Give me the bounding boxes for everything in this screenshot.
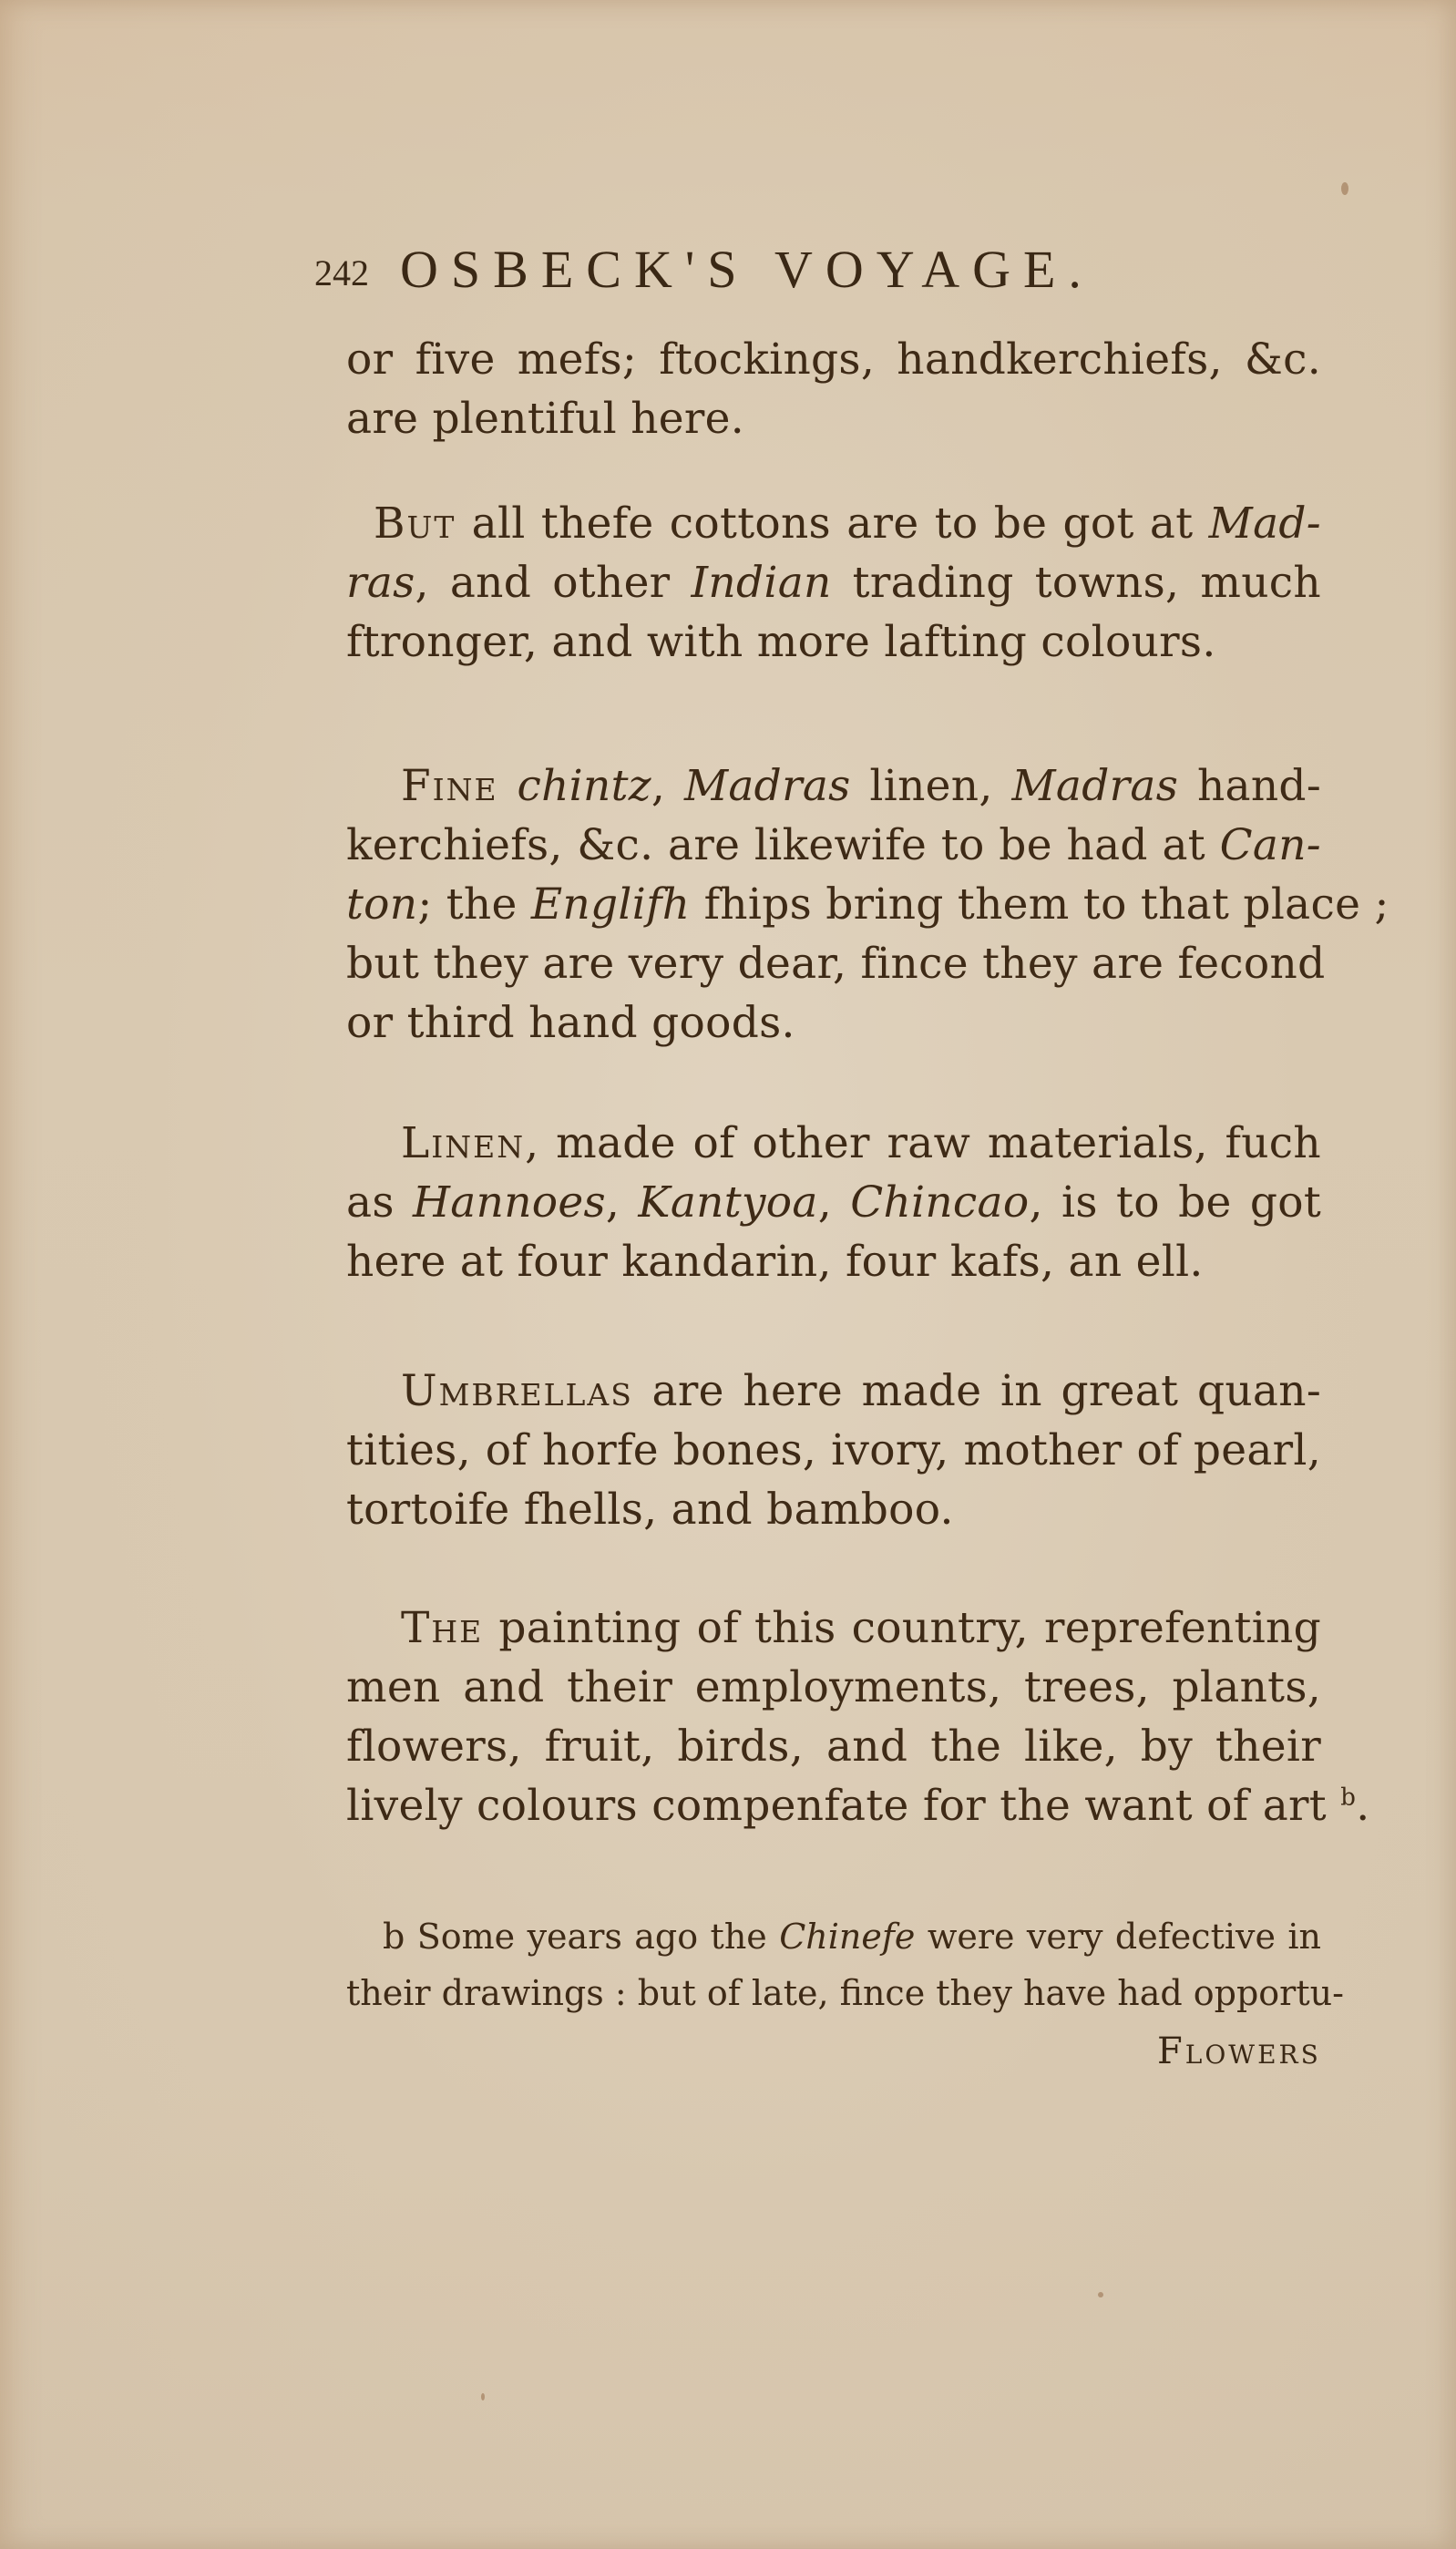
italic-word: Hannoes xyxy=(413,1177,606,1228)
italic-word: Chincao xyxy=(850,1177,1029,1228)
text-line: Linen, made of other raw materials, fuch xyxy=(346,1114,1321,1173)
text-span: , xyxy=(651,761,684,811)
text-line: as Hannoes, Kantyoa, Chincao, is to be g… xyxy=(346,1173,1321,1232)
text-span: fhips bring them to that place ; xyxy=(690,879,1389,930)
text-span: kerchiefs, &c. are likewife to be had at xyxy=(346,820,1220,870)
text-span: ; the xyxy=(417,879,531,930)
italic-word: Kantyoa xyxy=(638,1177,817,1228)
text-span: , made of other raw materials, fuch xyxy=(525,1118,1321,1168)
text-line: b Some years ago the Chinefe were very d… xyxy=(346,1908,1321,1965)
lead-word: The xyxy=(401,1603,483,1653)
text-line: The painting of this country, reprefenti… xyxy=(346,1598,1321,1658)
italic-place-name: Mad- xyxy=(1209,498,1321,549)
text-span: as xyxy=(346,1177,413,1228)
text-span: were very defective in xyxy=(915,1917,1321,1957)
text-line: their drawings : but of late, fince they… xyxy=(346,1965,1321,2021)
text-span: linen, xyxy=(851,761,1012,811)
text-line: men and their employments, trees, plants… xyxy=(346,1658,1321,1717)
italic-word: chintz xyxy=(498,761,651,811)
italic-word: Indian xyxy=(692,558,832,608)
text-span: Some years ago the xyxy=(405,1917,779,1957)
lead-word: Umbrellas xyxy=(401,1366,633,1416)
paragraph-continuation: or five mefs; ftockings, handkerchiefs, … xyxy=(346,330,1321,448)
paper-speck xyxy=(1341,182,1348,195)
page-number: 242 xyxy=(314,252,369,293)
text-span: , xyxy=(606,1177,639,1228)
text-line: flowers, fruit, birds, and the like, by … xyxy=(346,1717,1321,1776)
text-span: all thefe cottons are to be got at xyxy=(456,498,1208,549)
italic-place-name: ton xyxy=(346,879,417,930)
lead-word: Linen xyxy=(401,1118,525,1168)
text-line: ras, and other Indian trading towns, muc… xyxy=(346,553,1321,612)
text-line: But all thefe cottons are to be got at M… xyxy=(346,494,1321,553)
italic-place-name: Can- xyxy=(1220,820,1321,870)
text-span: lively colours compenfate for the want o… xyxy=(346,1781,1327,1831)
footnote-marker: b xyxy=(383,1917,405,1957)
text-span: . xyxy=(1356,1781,1369,1831)
lead-word: Fine xyxy=(401,761,498,811)
running-head: OSBECK'S VOYAGE. xyxy=(400,240,1094,299)
text-span: hand- xyxy=(1178,761,1321,811)
footnote-reference: b xyxy=(1340,1783,1356,1811)
text-line: tortoife fhells, and bamboo. xyxy=(346,1480,1321,1539)
italic-place-name: Madras xyxy=(684,761,851,811)
italic-place-name: Madras xyxy=(1011,761,1178,811)
text-line: are plentiful here. xyxy=(346,389,1321,448)
paper-speck xyxy=(1098,2292,1103,2297)
text-line: ton; the Englifh fhips bring them to tha… xyxy=(346,875,1321,934)
catchword: Flowers xyxy=(1157,2030,1321,2072)
text-line: ftronger, and with more lafting colours. xyxy=(346,612,1321,672)
text-line: kerchiefs, &c. are likewife to be had at… xyxy=(346,816,1321,875)
text-span: trading towns, much xyxy=(832,558,1321,608)
paragraph-cottons: But all thefe cottons are to be got at M… xyxy=(346,494,1321,672)
text-line: tities, of horfe bones, ivory, mother of… xyxy=(346,1421,1321,1480)
text-span: painting of this country, reprefenting xyxy=(483,1603,1321,1653)
text-line: or third hand goods. xyxy=(346,993,1321,1053)
paragraph-linen: Linen, made of other raw materials, fuch… xyxy=(346,1114,1321,1291)
text-line: Fine chintz, Madras linen, Madras hand- xyxy=(346,756,1321,816)
text-line: but they are very dear, fince they are f… xyxy=(346,934,1321,993)
text-span: are here made in great quan- xyxy=(633,1366,1321,1416)
page-header: 242 OSBECK'S VOYAGE. xyxy=(314,239,1094,300)
paper-speck xyxy=(481,2393,485,2400)
italic-word: Chinefe xyxy=(779,1917,915,1957)
italic-word: Englifh xyxy=(531,879,691,930)
lead-word: But xyxy=(374,498,456,549)
text-line: lively colours compenfate for the want o… xyxy=(346,1776,1321,1835)
paragraph-chintz: Fine chintz, Madras linen, Madras hand- … xyxy=(346,756,1321,1053)
text-span: , is to be got xyxy=(1029,1177,1321,1228)
text-line: Umbrellas are here made in great quan- xyxy=(346,1362,1321,1421)
text-line: or five mefs; ftockings, handkerchiefs, … xyxy=(346,330,1321,389)
text-span: , and other xyxy=(415,558,692,608)
footnote: b Some years ago the Chinefe were very d… xyxy=(346,1908,1321,2021)
paragraph-painting: The painting of this country, reprefenti… xyxy=(346,1598,1321,1835)
text-span: , xyxy=(818,1177,851,1228)
text-line: here at four kandarin, four kafs, an ell… xyxy=(346,1232,1321,1291)
paragraph-umbrellas: Umbrellas are here made in great quan- t… xyxy=(346,1362,1321,1539)
book-page: 242 OSBECK'S VOYAGE. or five mefs; ftock… xyxy=(0,0,1456,2549)
italic-place-name: ras xyxy=(346,558,415,608)
